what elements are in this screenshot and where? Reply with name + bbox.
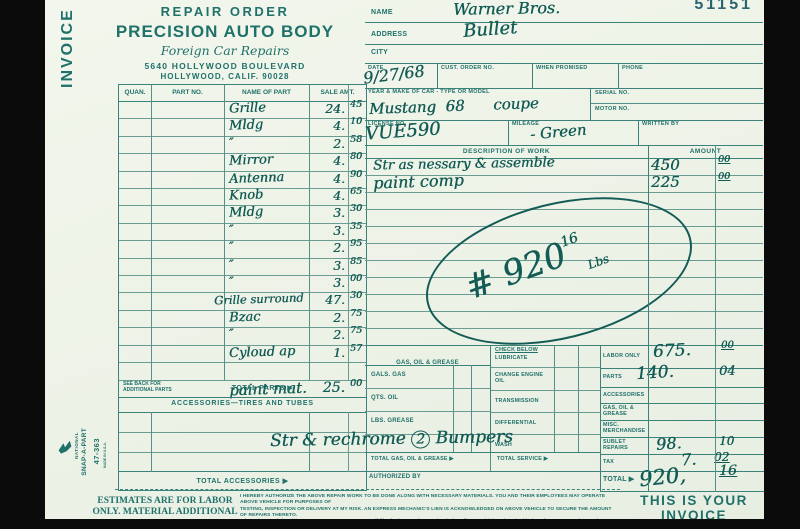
- company-street: 5640 HOLLYWOOD BOULEVARD: [97, 61, 353, 71]
- cust-order-cell: CUST. ORDER NO.: [437, 63, 533, 88]
- check-below-label: CHECK BELOW: [495, 347, 538, 353]
- parts-row: Antenna4.90: [119, 172, 366, 189]
- snap-a-part-stamp: NATIONAL SNAP-A-PART 47-363 MADE IN U.S.…: [57, 428, 115, 506]
- year-make-label: YEAR & MAKE OF CAR - TYPE OR MODEL: [368, 89, 490, 95]
- cents-divider: [348, 85, 349, 380]
- cents-column-line: [715, 145, 716, 492]
- parts-row: Bzac2.75: [119, 311, 366, 328]
- summary-column: LABOR ONLY 675. 00 PARTS 140. 04 ACCESSO…: [600, 345, 764, 492]
- written-by-cell: WRITTEN BY: [638, 120, 763, 145]
- parts-row: Mirror4.80: [119, 154, 366, 171]
- mileage-cell: MILEAGE - Green: [508, 120, 639, 145]
- summary-row: MISC. MERCHANDISE: [601, 420, 764, 438]
- address-label: ADDRESS: [371, 31, 407, 38]
- city-row: CITY: [365, 44, 763, 64]
- license-value: VUE590: [364, 118, 441, 144]
- invoice-number: 51151: [694, 0, 753, 14]
- repair-order-document: INVOICE REPAIR ORDER PRECISION AUTO BODY…: [45, 0, 764, 519]
- column-divider: [309, 85, 310, 380]
- stamp-brand: NATIONAL: [74, 432, 79, 459]
- sale-amt-header: SALE AMT.: [309, 89, 366, 96]
- serial-no-label: SERIAL NO.: [595, 90, 629, 96]
- parts-table-header: QUAN. PART NO. NAME OF PART SALE AMT.: [119, 85, 366, 102]
- total-parts-row: SEE BACK FOR ADDITIONAL PARTS TOTAL PART…: [118, 379, 367, 398]
- stamp-name: SNAP-A-PART: [81, 428, 88, 476]
- address-row: ADDRESS Bullet: [365, 22, 763, 45]
- vehicle-row: YEAR & MAKE OF CAR - TYPE OR MODEL Musta…: [365, 88, 763, 121]
- service-row-label: CHANGE ENGINE OIL: [495, 372, 550, 384]
- scanned-invoice-photo: INVOICE REPAIR ORDER PRECISION AUTO BODY…: [0, 0, 800, 529]
- license-cell: LICENSE NO. VUE590: [365, 120, 509, 145]
- service-row-label: DIFFERENTIAL: [495, 420, 536, 426]
- motor-no-label: MOTOR NO.: [595, 106, 629, 112]
- cust-order-label: CUST. ORDER NO.: [441, 65, 494, 71]
- parts-row: Mldg4.10: [119, 119, 366, 136]
- parts-row: Cyloud ap1.57: [119, 346, 366, 363]
- company-city: HOLLYWOOD, CALIF. 90028: [97, 72, 353, 81]
- date-cell: DATE 9/27/68: [365, 63, 438, 88]
- parts-row: ″2.95: [119, 241, 366, 258]
- parts-table: QUAN. PART NO. NAME OF PART SALE AMT. Gr…: [118, 84, 367, 380]
- summary-row: PARTS 140. 04: [601, 368, 764, 388]
- column-divider: [224, 85, 225, 380]
- total-service-label: TOTAL SERVICE ▶: [497, 456, 592, 462]
- dashed-separator: [115, 489, 620, 490]
- summary-row: GAS, OIL & GREASE: [601, 403, 764, 421]
- form-title: REPAIR ORDER: [97, 4, 353, 19]
- sublet-handwritten-note: Str & rechrome 2 Bumpers: [270, 427, 513, 451]
- license-row: LICENSE NO. VUE590 MILEAGE - Green WRITT…: [365, 120, 763, 146]
- parts-row: ″3.85: [119, 259, 366, 276]
- parts-row: Grille surround47.30: [119, 293, 366, 310]
- parts-row: [119, 363, 366, 380]
- summary-row: LABOR ONLY 675. 00: [601, 345, 764, 369]
- color-value: - Green: [529, 121, 587, 144]
- name-label: NAME: [371, 9, 393, 16]
- description-of-work-label: DESCRIPTION OF WORK: [365, 148, 648, 155]
- stamp-origin: MADE IN U.S.A.: [103, 442, 107, 468]
- name-of-part-header: NAME OF PART: [224, 89, 309, 96]
- amount-label: AMOUNT: [648, 148, 763, 155]
- authorized-by-label: AUTHORIZED BY: [369, 474, 421, 480]
- company-tagline: Foreign Car Repairs: [97, 43, 353, 58]
- city-label: CITY: [371, 49, 388, 56]
- accessories-header-row: ACCESSORIES—TIRES AND TUBES: [118, 397, 367, 413]
- serial-motor-box: SERIAL NO. MOTOR NO.: [590, 88, 764, 120]
- parts-row: ″3.35: [119, 224, 366, 241]
- year-make-value: Mustang 68 coupe: [369, 94, 539, 118]
- total-accessories-label: TOTAL ACCESSORIES ▶: [119, 477, 366, 485]
- masthead: REPAIR ORDER PRECISION AUTO BODY Foreign…: [97, 4, 353, 81]
- parts-row: ″2.75: [119, 328, 366, 345]
- service-row-label: LUBRICATE: [495, 355, 528, 361]
- column-divider: [151, 85, 152, 380]
- mid-totals-row: TOTAL GAS, OIL & GREASE ▶ TOTAL SERVICE …: [365, 452, 600, 472]
- accessories-header: ACCESSORIES—TIRES AND TUBES: [119, 400, 366, 407]
- name-row: NAME Warner Bros. 51151: [365, 0, 763, 23]
- summary-row-total: TOTAL ▶ 920, 16: [601, 471, 764, 492]
- stamp-number: 47-363: [92, 438, 101, 464]
- this-is-your-invoice: THIS IS YOUR INVOICE: [623, 493, 764, 519]
- when-promised-cell: WHEN PROMISED: [532, 63, 619, 88]
- work-row: paint comp 225 00: [365, 175, 763, 193]
- parts-row: Mldg3.30: [119, 206, 366, 223]
- info-row: DATE 9/27/68 CUST. ORDER NO. WHEN PROMIS…: [365, 63, 763, 89]
- when-promised-label: WHEN PROMISED: [536, 65, 588, 71]
- phone-cell: PHONE: [618, 63, 763, 88]
- snap-a-part-eagle-icon: [57, 440, 73, 456]
- amount-column-line: [648, 145, 649, 492]
- service-row-label: TRANSMISSION: [495, 398, 539, 404]
- customer-name-value: Warner Bros.: [453, 0, 560, 19]
- invoice-vertical-label: INVOICE: [59, 6, 77, 88]
- quan-header: QUAN.: [119, 89, 151, 96]
- total-parts-label: TOTAL PARTS ▶: [159, 384, 366, 392]
- parts-row: Knob4.65: [119, 189, 366, 206]
- legal-fine-print: I HEREBY AUTHORIZE THE ABOVE REPAIR WORK…: [240, 494, 615, 519]
- circled-quantity: 2: [411, 430, 430, 448]
- customer-address-value: Bullet: [462, 17, 518, 42]
- total-gas-label: TOTAL GAS, OIL & GREASE ▶: [371, 456, 481, 462]
- company-name: PRECISION AUTO BODY: [97, 22, 353, 42]
- phone-label: PHONE: [622, 65, 643, 71]
- written-by-label: WRITTEN BY: [642, 121, 679, 127]
- parts-row: Grille24.45: [119, 102, 366, 119]
- parts-row: ″2.58: [119, 137, 366, 154]
- part-no-header: PART NO.: [151, 89, 224, 96]
- summary-row: ACCESSORIES: [601, 387, 764, 404]
- parts-row: ″3.00: [119, 276, 366, 293]
